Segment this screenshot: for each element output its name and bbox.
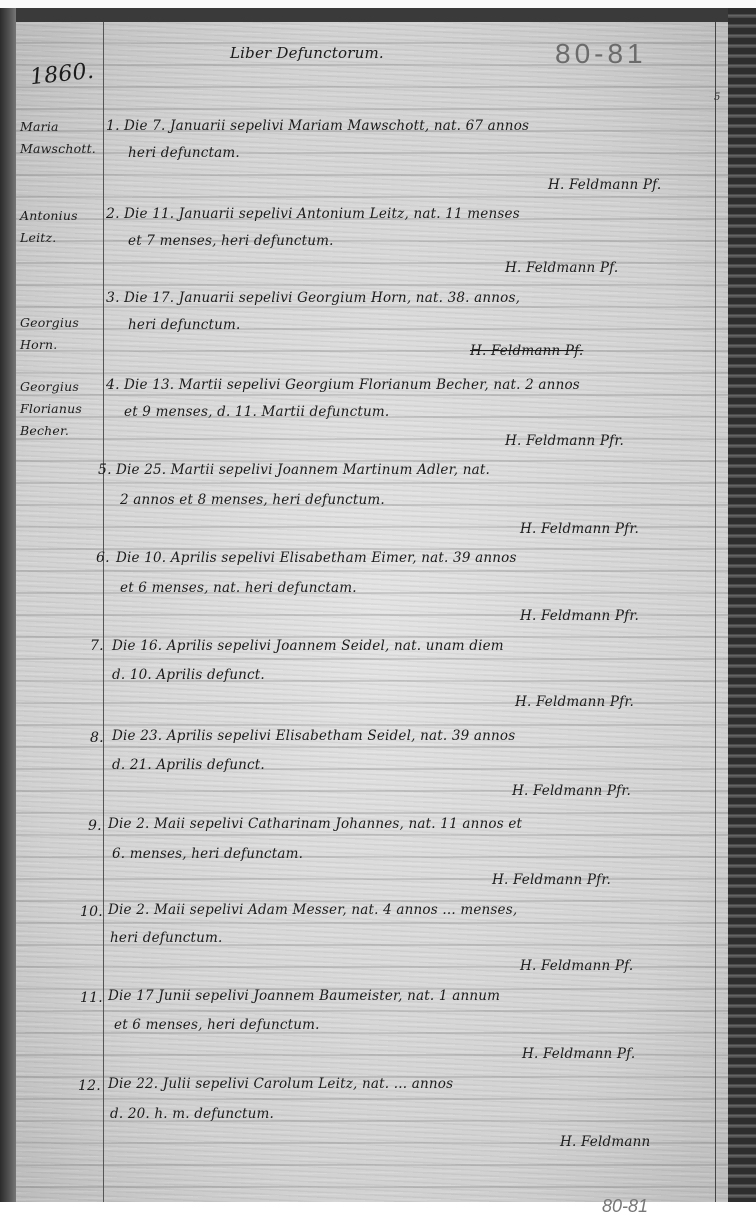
entry-line: Die 2. Maii sepelivi Adam Messer, nat. 4…: [108, 902, 517, 918]
entry-number: 12.: [78, 1078, 101, 1094]
entry-line: heri defunctum.: [110, 930, 223, 946]
priest-signature: H. Feldmann Pf.: [548, 177, 661, 193]
priest-signature: H. Feldmann Pf.: [470, 343, 583, 359]
priest-signature: H. Feldmann Pfr.: [512, 783, 631, 799]
entry-line: d. 20. h. m. defunctum.: [110, 1106, 274, 1122]
priest-signature: H. Feldmann: [560, 1134, 650, 1150]
margin-name-4: Georgius Florianus Becher.: [20, 376, 82, 442]
priest-signature: H. Feldmann Pf.: [522, 1046, 635, 1062]
margin-name-line: Horn.: [20, 334, 79, 356]
entry-number: 9.: [88, 818, 102, 834]
entry-number: 11.: [80, 990, 103, 1006]
margin-name-line: Georgius: [20, 376, 82, 398]
margin-name-line: Maria: [20, 116, 96, 138]
entry-line: et 6 menses, heri defunctum.: [114, 1017, 320, 1033]
right-rule: [715, 22, 716, 1202]
priest-signature: H. Feldmann Pf.: [505, 260, 618, 276]
margin-name-line: Becher.: [20, 420, 82, 442]
margin-rule: [103, 22, 104, 1202]
entry-number: 3.: [106, 290, 120, 306]
priest-signature: H. Feldmann Pfr.: [520, 608, 639, 624]
entry-line: Die 10. Aprilis sepelivi Elisabetham Eim…: [116, 550, 517, 566]
entry-line: Die 2. Maii sepelivi Catharinam Johannes…: [108, 816, 522, 832]
entry-line: et 7 menses, heri defunctum.: [128, 233, 334, 249]
entry-line: heri defunctam.: [128, 145, 240, 161]
page-number-top: 80-81: [555, 38, 647, 70]
priest-signature: H. Feldmann Pfr.: [492, 872, 611, 888]
entry-line: Die 11. Januarii sepelivi Antonium Leitz…: [124, 206, 520, 222]
priest-signature: H. Feldmann Pfr.: [520, 521, 639, 537]
entry-line: Die 7. Januarii sepelivi Mariam Mawschot…: [124, 118, 529, 134]
entry-number: 5.: [98, 462, 112, 478]
entry-line: heri defunctum.: [128, 317, 241, 333]
entry-line: Die 22. Julii sepelivi Carolum Leitz, na…: [108, 1076, 453, 1092]
priest-signature: H. Feldmann Pfr.: [515, 694, 634, 710]
entry-line: d. 10. Aprilis defunct.: [112, 667, 265, 683]
priest-signature: H. Feldmann Pf.: [520, 958, 633, 974]
margin-name-line: Mawschott.: [20, 138, 96, 160]
margin-name-3: Georgius Horn.: [20, 312, 79, 356]
entry-number: 2.: [106, 206, 120, 222]
entry-line: 2 annos et 8 menses, heri defunctum.: [120, 492, 385, 508]
entry-line: 6. menses, heri defunctam.: [112, 846, 303, 862]
entry-line: Die 17. Januarii sepelivi Georgium Horn,…: [124, 290, 520, 306]
entry-number: 8.: [90, 730, 104, 746]
priest-signature: H. Feldmann Pfr.: [505, 433, 624, 449]
margin-name-2: Antonius Leitz.: [20, 205, 78, 249]
entry-number: 6.: [96, 550, 110, 566]
page-title: Liber Defunctorum.: [230, 44, 384, 62]
margin-name-1: Maria Mawschott.: [20, 116, 96, 160]
entry-line: Die 13. Martii sepelivi Georgium Florian…: [124, 377, 580, 393]
entry-number: 1.: [106, 118, 120, 134]
margin-name-line: Georgius: [20, 312, 79, 334]
entry-line: d. 21. Aprilis defunct.: [112, 757, 265, 773]
side-mark: 5: [714, 92, 721, 103]
entry-line: Die 23. Aprilis sepelivi Elisabetham Sei…: [112, 728, 515, 744]
entry-line: Die 17 Junii sepelivi Joannem Baumeister…: [108, 988, 500, 1004]
entry-line: et 9 menses, d. 11. Martii defunctum.: [124, 404, 389, 420]
entry-line: et 6 menses, nat. heri defunctam.: [120, 580, 357, 596]
entry-number: 4.: [106, 377, 120, 393]
margin-name-line: Leitz.: [20, 227, 78, 249]
book-left-edge: [0, 8, 16, 1202]
page-number-bottom: 80-81: [602, 1196, 648, 1217]
book-right-edge: [728, 8, 756, 1202]
entry-line: Die 25. Martii sepelivi Joannem Martinum…: [116, 462, 490, 478]
scan-top-margin: [0, 0, 756, 8]
entry-line: Die 16. Aprilis sepelivi Joannem Seidel,…: [112, 638, 504, 654]
margin-name-line: Florianus: [20, 398, 82, 420]
entry-number: 7.: [90, 638, 104, 654]
entry-number: 10.: [80, 904, 103, 920]
margin-name-line: Antonius: [20, 205, 78, 227]
